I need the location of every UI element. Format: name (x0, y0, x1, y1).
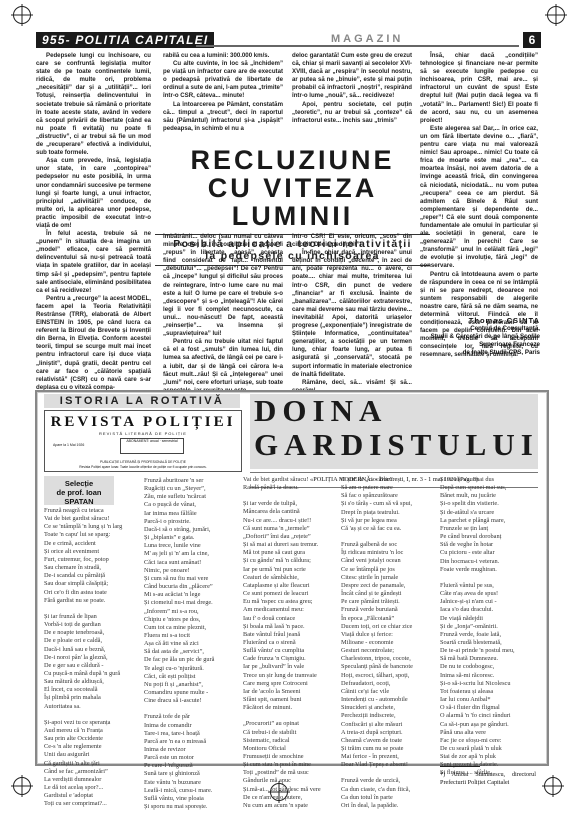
poem-line: Și iar frunză de lipan (44, 613, 154, 621)
poem-line: Intendenți cu - automobile (341, 696, 441, 704)
poem-line: Cine dracu să i-ascute! (144, 697, 244, 705)
poem-line: Leafă-i mică, cursu-i mare. (144, 787, 244, 795)
poem-line: De te-ai prinde 'n postul meu, (440, 647, 540, 655)
author-signature: Thomas CSINTA Centrul de Consultanță, St… (430, 317, 540, 357)
poem-line: Își plimbă prin mahala (44, 694, 154, 702)
selection-credit: Selecție de prof. Ioan SPATAN (44, 476, 114, 505)
poem-line: Frunză aburitoare 'n ser (144, 477, 244, 485)
poem-line: Defraudatori, ocoți, (341, 680, 441, 688)
poem-line: Cu picioru - este altar (440, 549, 540, 557)
poem-line: După cum spunei mai sus, (440, 484, 540, 492)
poem-line: Iau f' o două coniace (243, 615, 343, 623)
author-affiliation: Superioare Franceze (430, 341, 540, 349)
masthead-subscription: ABONAMENT: anual · semestrial (120, 438, 184, 454)
poem-line: M' aș jeli și 'n' am la cine, (144, 550, 244, 558)
poem-line: Că gardiștii 'n alte țări (44, 760, 154, 768)
poem-line: Ducem toți, ori ce chiar zice (341, 623, 441, 631)
poem-line: Nu poți fi și „anarhist”, (144, 681, 244, 689)
paragraph: Pentru că nu trebuie uitat nici faptul c… (163, 338, 283, 395)
poem-line: Tot foaierau și aleasa (440, 688, 540, 696)
poem-line: Când se fac „armonizări” (44, 768, 154, 776)
poem-line: Și sporu nu mai sporește. (144, 803, 244, 811)
paragraph: Cu alte cuvinte, în loc să „închidem” pe… (163, 60, 283, 100)
section-label: MAGAZIN (331, 32, 403, 46)
paragraph: deloc garantată! Cum este greu de crezut… (292, 52, 412, 101)
masthead-date: Apare la 1 Mai 1926 (53, 443, 84, 447)
poem-line: Iar de 'acolo la Smeeni (243, 688, 343, 696)
paragraph: Așa cum prevede, însă, legislația unor s… (36, 157, 151, 230)
poem-stanza: Vai de biet gardist săracu!Rabdă până'l … (243, 476, 343, 492)
poem-line: Până una alta vere (440, 729, 540, 737)
poem-line: Zău, mie sufletu 'ncărcat (144, 493, 244, 501)
poem-line: De e crimă, accident (44, 540, 154, 548)
poem-line: Fluieră vântul pe sus, (440, 582, 540, 590)
poem-line: Soartă crudă blestemată, (440, 639, 540, 647)
poem-line: Vorbă-i toți de gardian (44, 621, 154, 629)
poem-line: Sfânt spit, oameni buni (243, 696, 343, 704)
paragraph: La întoarcerea pe Pământ, constatăm că..… (163, 101, 283, 133)
poem-line: Și orice alt eveniment (44, 548, 154, 556)
poem-line: Cade frunza 'n Cișmigiu. (243, 655, 343, 663)
poem-line: Stă de veghe în hotar (440, 541, 540, 549)
paragraph: În felul acesta, trebuie să ne „punem” î… (36, 230, 151, 295)
poem-line: Unii dau asigurări (44, 751, 154, 759)
poem-line: Și cu ele s'au mai dus (440, 476, 540, 484)
author-name: Thomas CSINTA (430, 317, 540, 325)
poem-line: „Inforem” mi s-a rou, (144, 608, 244, 616)
poem-line: Rabdă până'l ia dracu. (243, 484, 343, 492)
paragraph: În fine, chiar dacă „întreținerea” unui … (292, 249, 412, 379)
poem-line: De fac pe ăla un pic de gură (144, 656, 244, 664)
poem-line: Parcă este un motor (144, 754, 244, 762)
poem-line: Și-apoi vezi tu ce speranța (44, 719, 154, 727)
poem-line: Și s'o târăș - cum să vă spui, (341, 500, 441, 508)
poem-line: Ca să-i-pun așa pe gânduri. (440, 721, 540, 729)
footnote-rule (440, 766, 480, 767)
poem-line: Fără gardist nu se poate. (44, 597, 154, 605)
poem-line: Iar pe urmă 'mi pun scrie (243, 566, 343, 574)
article-column-2-top: rabilă cu cea a luminii: 300.000 km/s. C… (163, 52, 283, 133)
poem-line: Din hocmacu-i veteran. (440, 558, 540, 566)
poem-line: Și-o să-i-scriu lui Nicolescu (440, 680, 540, 688)
poem-line: Frunză neagră cu tetaca (44, 507, 154, 515)
paragraph: Însă, chiar dacă „condițiile” tehnologic… (420, 52, 538, 125)
poem-stanza: Frunză neagră cu tetacaVai de biet gardi… (44, 507, 154, 605)
paragraph: îmbătrânit... deloc (sau numai cu câteva… (163, 233, 283, 338)
poem-stanza: Și iar verde de tulipă,Mâncarea dela can… (243, 500, 343, 712)
poem-line: Să fac o spânzurătoare (341, 492, 441, 500)
page-number: 6 (523, 32, 541, 48)
paragraph: Pentru a „recurge” la acest MODEL, facem… (36, 295, 151, 392)
poem-line: Fluera mi s-a tocit (144, 632, 244, 640)
poem-line: Suflă vântu' cu cumplita (243, 647, 343, 655)
poem-line: Sună tare și ghinionză (144, 770, 244, 778)
poem-line: Le dă tot acelaș spor?... (44, 784, 154, 792)
poem-line: Toți „postind” de mă usuc (243, 769, 343, 777)
paragraph: Apoi, pentru societate, cel puțin „teore… (292, 101, 412, 125)
poem-stanza: Și-apoi vezi tu ce speranțaAud mereu că … (44, 719, 154, 809)
poem-line: Aud mereu că 'n Franța (44, 727, 154, 735)
poem-line: De-i noroi pân' la gleznă, (44, 654, 154, 662)
poem-line: De e ger sau e căldură - (44, 662, 154, 670)
poem-line: Iaca s'o dau dracului. (440, 606, 540, 614)
poem-line: Charlestonn, tripou, cocote, (341, 655, 441, 663)
poem-line: Iar pe „bulivard” în vale (243, 663, 343, 671)
poem-line: O știr' de „ciocârlie”. (341, 476, 441, 484)
poem-line: Monitoru Oficial (243, 745, 343, 753)
poem-line: Ce se întâmplă pe jos (341, 566, 441, 574)
poem-line: Frunzele se țin lanț (440, 525, 540, 533)
poem-line: Și iar verde de tulipă, (243, 500, 343, 508)
masthead-reproduction: REVISTA POLIȚIEI REVISTĂ LITERARĂ DE POL… (44, 410, 242, 472)
poem-line: „Procurorii” au opinat (243, 720, 343, 728)
poem-line: Cheamă c'avem de toate (341, 737, 441, 745)
poem-stanza: Și cu ele s'au mai dusDupă cum spunei ma… (440, 476, 540, 574)
author-affiliation: de Înalte Studii-CPS, Paris (430, 349, 540, 357)
poem-line: Citesc știrile în jurnale (341, 574, 441, 582)
poem-line: Și cum stau 'n post în mine (243, 761, 343, 769)
poem-line: Și „biplanis” e gata. (144, 534, 244, 542)
poem-line: Ce se 'ntâmplă 'n lung și 'n larg (44, 523, 154, 531)
poem-line: Tare-i rea, tare-i hoață (144, 730, 244, 738)
poem-line: Despre zeci de panamale, (341, 582, 441, 590)
poem-line: Frunză verde de urzică, (341, 777, 441, 785)
poem-line: La verdiștii dumnealor (44, 776, 154, 784)
poem-stanza: Și iar frunză de lipanVorbă-i toți de ga… (44, 613, 154, 711)
poem-stanza: Frunză aburitoare 'n serRugăciți cu un „… (144, 477, 244, 705)
registration-mark-bottom-left (13, 777, 31, 795)
poem-column-3: Vai de biet gardist săracu!Rabdă până'l … (243, 476, 343, 818)
poem-line: Ca dun ciaste, c'a dun fiică, (341, 786, 441, 794)
poem-line: Este vântu 'n buzunare (144, 779, 244, 787)
poem-column-1: Frunză neagră cu tetacaVai de biet gardi… (44, 507, 154, 816)
poem-line: Să mă bată Dumnezeu. (440, 655, 540, 663)
poem-line: Nu cum am acum 'n spate (243, 802, 343, 810)
poem-line: Milioane - economie (341, 639, 441, 647)
poem-line: Toți cu ser comprimat?... (44, 800, 154, 808)
poem-line: Și trăim cum nu se poate (341, 745, 441, 753)
poem-line: Ca o pușcă de vânat, (144, 501, 244, 509)
poem-line: Confiscări și alte măsuri (341, 721, 441, 729)
poem-line: Parcă-i o pirostrie. (144, 518, 244, 526)
headline-line-1: RECLUZIUNE (155, 146, 430, 174)
poem-line: Nu-i ce are.... dracu-i știe!! (243, 517, 343, 525)
poem-line: Te alegi cu-o 'njurătură. (144, 665, 244, 673)
poem-line: Chipiu e 'ntors pe dos, (144, 616, 244, 624)
poem-line: Încât când și te gândești (341, 590, 441, 598)
poem-line: La parchet e plângă mare, (440, 517, 540, 525)
poem-line: Inima de comandir (144, 722, 244, 730)
poem-line: De nu te codobogesc, (440, 663, 540, 671)
page-header: 955- POLITIA CAPITALEI MAGAZIN 6 (36, 32, 541, 48)
poem-line: Și cu gându' mă 'n căldura; (243, 557, 343, 565)
poem-line: Și să mai ai dureri sau tremur. (243, 541, 343, 549)
poem-line: Doar Vlad Țepeș e absent! (341, 761, 441, 769)
poem-line: O să-i fluier din fligmal (440, 704, 540, 712)
paragraph: rabilă cu cea a luminii: 300.000 km/s. (163, 52, 283, 60)
poem-line: Să dai asta de „servici”, (144, 648, 244, 656)
poem-line: Mâncarea dela cantină (243, 508, 343, 516)
poem-line: Inima să-mi răcoresc. (440, 672, 540, 680)
poem-line: Viață dulce și ferice: (341, 631, 441, 639)
poem-line: Și boala mă lasă 'n pace. (243, 623, 343, 631)
paragraph: într-o CSR! El este, oricum, „scos” din … (292, 233, 412, 249)
poem-line: De-i scandal cu pârnăiță (44, 572, 154, 580)
poem-line: Autoritatea sa. (44, 703, 154, 711)
poem-line: Am medicamentul meu: (243, 606, 343, 614)
poem-line: Făcători de minuni. (243, 704, 343, 712)
poem-line: Rugăciți cu un „Steyer”, (144, 485, 244, 493)
poem-line: Speculanți până de bancnote (341, 663, 441, 671)
poem-line: Și ciomeiul nu-i mai drege. (144, 599, 244, 607)
poem-line: Jalnice-și-și n'am cui - (440, 598, 540, 606)
article-column-1: Pedepsele lungi cu închisoare, cu care s… (36, 52, 151, 392)
poem-line: Căci, cât ești polițist (144, 673, 244, 681)
poem-title-line-2: GARDISTULUI (250, 428, 538, 462)
poem-line: Și cum să nu fiu mai vere (144, 575, 244, 583)
poem-line: Îți ridicau ministru 'n loc (341, 549, 441, 557)
poem-line: Suflă vântu, vine ploaia (144, 795, 244, 803)
poem-line: Cum tot ca mine pleznit, (144, 624, 244, 632)
masthead-footer: PUBLICAȚIE LITERARĂ ȘI PROFESIONALĂ DE P… (47, 460, 239, 470)
poem-line: Sau prin alte Occidente (44, 735, 154, 743)
poem-line: Ori în deal, la papădie. (341, 802, 441, 810)
poem-line: O alarmă 'n 'fo cinci rânduri (440, 712, 540, 720)
poem-line: Frunză verde buruiană (341, 606, 441, 614)
poem-line: Bănet mult, nu jucărie (440, 492, 540, 500)
poem-line: Stai de zor apă 'n pluk (440, 753, 540, 761)
poem-line: Drept în piața teatrului. (341, 509, 441, 517)
poem-line: Foaie verde mughiran. (440, 566, 540, 574)
poem-line: Să am o putere mare (341, 484, 441, 492)
poem-line: Cu pușcă-n mână după 'n gură (44, 670, 154, 678)
registration-mark-top-left (13, 6, 31, 24)
poem-line: Trece un șir lung de tramvaie (243, 672, 343, 680)
poem-line: Mai ferice - în prezent, (341, 753, 441, 761)
poem-line: Luna trece, lunile vine (144, 542, 244, 550)
masthead-subtitle: REVISTĂ LITERARĂ DE POLIȚIE (45, 431, 241, 436)
poem-line: Sau mătură de aldiușcă, (44, 678, 154, 686)
poem-line: Vai de biet gardist săracu! (44, 515, 154, 523)
poem-line: Așa că ăti vine să zici (144, 640, 244, 648)
headline-line-2: CU VITEZA LUMINII (155, 174, 430, 230)
poem-stanza: Frunză verde de urzică,Ca dun ciaste, c'… (341, 777, 441, 810)
poem-line: Sinucideri și anchete, (341, 704, 441, 712)
poem-line: În epoca „Fălcoiană” (341, 615, 441, 623)
paragraph: Este alegerea sa! Dar,... în orice caz, … (420, 125, 538, 271)
poem-line: Inima de revizor (144, 746, 244, 754)
poem-line: Ceaiuri de sâmbăchie, (243, 574, 343, 582)
poem-line: Câte n'aș avea de spus! (440, 590, 540, 598)
poem-line: Hoți, escroci, tâlhari, spoți, (341, 672, 441, 680)
poem-line: Dacă-i lună sau e beznă, (44, 646, 154, 654)
poem-title: DOINA GARDISTULUI (250, 394, 538, 469)
poem-line: Ce-s 'n alte reglemente (44, 743, 154, 751)
poem-line: De viață nădejdii (440, 615, 540, 623)
poem-line: Pe când bravul dorobanț (440, 533, 540, 541)
poem-line: Pe care-l 'nfigurază (144, 762, 244, 770)
poem-stanza: Frunză galbenă de socÎți ridicau ministr… (341, 541, 441, 769)
poem-line: Furt, cutremur, foc, potop (44, 556, 154, 564)
poem-line: Când bucuria din „plăcere” (144, 583, 244, 591)
poem-line: De cu seară plată 'n uluk (440, 745, 540, 753)
poem-line: Ce sunt pomezi de leacuri (243, 590, 343, 598)
poem-line: Gândurile mă apuc (243, 777, 343, 785)
poem-line: Ori ce'o fi din astea toate (44, 589, 154, 597)
poem-line: Și de „Ionja”-omănirii. (440, 623, 540, 631)
poem-line: Mi s-au acăciat 'n lege (144, 591, 244, 599)
poem-line: Pe care pământ trăiești. (341, 598, 441, 606)
poem-line: Frumuseții de smochine (243, 753, 343, 761)
poem-line: Câinii ce'și fac vile (341, 688, 441, 696)
poem-line: Parcă are 'n ea o mireasă (144, 738, 244, 746)
poem-line: Comandiru spune multe - (144, 689, 244, 697)
poem-line: Vai de biet gardist săracu! (243, 476, 343, 484)
poem-line: Căci iaca sunt amânat! (144, 559, 244, 567)
poem-line: Sau chemare în stradă, (44, 564, 154, 572)
poem-line: Că trebui-i de stabilit (243, 729, 343, 737)
poem-stanza: „Procurorii” au opinatCă trebui-i de sta… (243, 720, 343, 810)
poem-line: Și.mă-ai... tot gândesc mă vere (243, 786, 343, 794)
poem-stanza: Fluieră vântul pe sus,Câte n'aș avea de … (440, 582, 540, 778)
masthead-title: REVISTA POLIȚIEI (45, 414, 241, 431)
poem-column-2: Frunză aburitoare 'n serRugăciți cu un „… (144, 477, 244, 819)
poem-line: Și-o spelit din vistierie. (440, 500, 540, 508)
poem-line: Gardistul e 'adoptat (44, 792, 154, 800)
poem-line: Care merg spre Cotroceni (243, 680, 343, 688)
section-kicker: ISTORIA LA ROTATIVĂ (44, 394, 240, 408)
poem-line: Ca dun totul în parte (341, 794, 441, 802)
poem-line: Mă tot pune să caut gura (243, 549, 343, 557)
footnote: *) Anibal Stamatescu, directorul Prefect… (440, 771, 536, 787)
poem-line: Fluierând ca o sirenă (243, 639, 343, 647)
poem-line: Bate vântul frâul jeană (243, 631, 343, 639)
author-affiliation: Centrul de Consultanță, (430, 325, 540, 333)
article-column-2-bottom: îmbătrânit... deloc (sau numai cu câteva… (163, 233, 283, 395)
poem-line: Iar inima mea fâlfâie (144, 510, 244, 518)
poem-line: Dacă-i să o strâng, jumări, (144, 526, 244, 534)
poem-line: Iar lui conu Anibal* (440, 696, 540, 704)
poem-line: Frunză verde, foaie lată, (440, 631, 540, 639)
article-column-3-top: deloc garantată! Cum este greu de crezut… (292, 52, 412, 125)
poem-line: Când veni jotalyi ocean (341, 557, 441, 565)
poem-line: Percheziții indiscrete, (341, 712, 441, 720)
poem-column-5: Și cu ele s'au mai dusDupă cum spunei ma… (440, 476, 540, 786)
poem-line: Sau doar simplă căsăpiță; (44, 580, 154, 588)
poem-stanza: Frunză tofe de părInima de comandirTare-… (144, 713, 244, 811)
poem-title-line-1: DOINA (250, 394, 538, 428)
poem-line: De e ploaie ori e caldă, (44, 637, 154, 645)
publication-name: 955- POLITIA CAPITALEI (36, 32, 214, 48)
registration-mark-bottom-right (544, 777, 562, 795)
paragraph: Pedepsele lungi cu închisoare, cu care s… (36, 52, 151, 157)
poem-column-4: O știr' de „ciocârlie”.Să am o putere ma… (341, 476, 441, 818)
poem-line: De e noapte tenebroasă, (44, 629, 154, 637)
poem-line: Eu mă 'nspec cu astea greu; (243, 598, 343, 606)
article-column-3-bottom: într-o CSR! El este, oricum, „scos” din … (292, 233, 412, 395)
poem-line: „Doftorii” îmi dau „rețete” (243, 533, 343, 541)
poem-stanza: O știr' de „ciocârlie”.Să am o putere ma… (341, 476, 441, 533)
article-column-4: Însă, chiar dacă „condițiile” tehnologic… (420, 52, 538, 360)
poem-line: De ce n'am eu o putere, (243, 794, 343, 802)
poem-line: Că 'aș și ce să fac cu ea. (341, 525, 441, 533)
poem-line: Și de-atâtul s'a urcare (440, 509, 540, 517)
poem-line: Fac jie ce sfoșu-mi cere: (440, 737, 540, 745)
poem-line: Că sunt numa 'n „termele” (243, 525, 343, 533)
poem-line: Sistematic, radical (243, 737, 343, 745)
poem-line: Cataplasme și alte fleacuri (243, 582, 343, 590)
poem-line: Și vă jur pe legea mea (341, 517, 441, 525)
poem-line: Nimic, pe onoare! (144, 567, 244, 575)
poem-line: Toate 'n capu' lui se sparg: (44, 531, 154, 539)
poem-line: Gesturi necontrolate; (341, 647, 441, 655)
registration-mark-top-right (547, 6, 565, 24)
poem-line: A treia-zi după scripturi. (341, 729, 441, 737)
poem-line: Frunză tofe de păr (144, 713, 244, 721)
author-affiliation: Studii & Cercetări de pe lângă Școlile (430, 333, 540, 341)
